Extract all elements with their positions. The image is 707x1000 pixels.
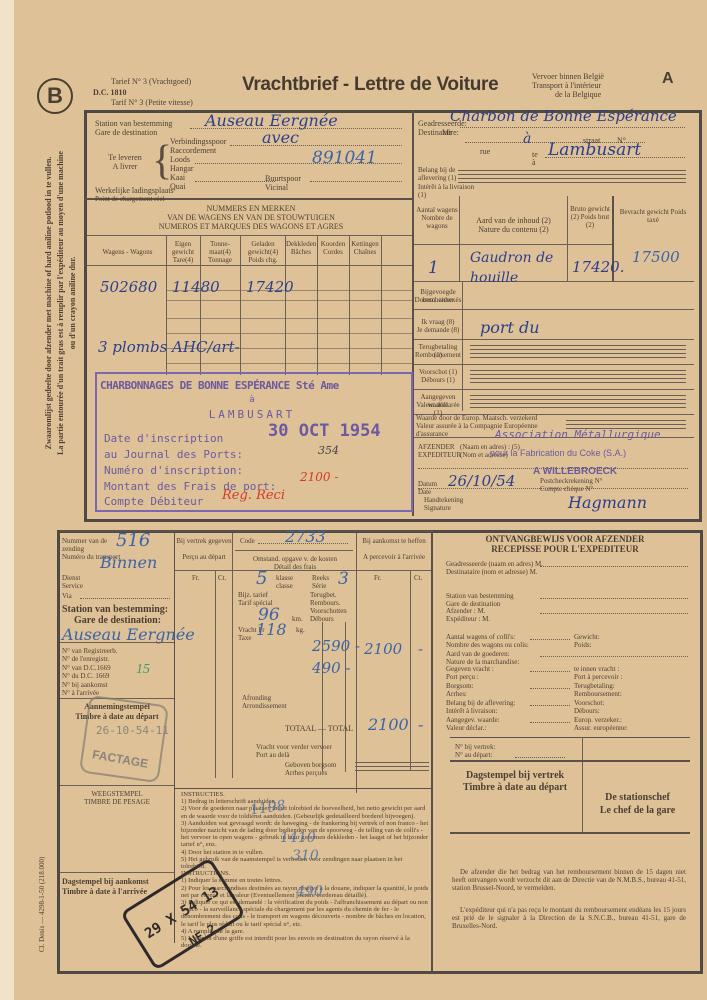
street-fr: rue	[480, 147, 490, 156]
receipt-field-paid-nl: Gegeven vracht :	[446, 665, 494, 673]
wagon-row-line	[166, 333, 412, 334]
struck-field-line	[470, 349, 686, 350]
option-4: Kaai	[170, 173, 185, 182]
handwritten-calc-3: 1410	[280, 830, 316, 846]
further-nl: Vracht voor verder vervoer	[256, 743, 332, 751]
gross-value[interactable]: 17420.	[572, 258, 625, 276]
receipt-number-nl: N° bij vertrek:	[455, 743, 496, 751]
reg-fr: N° de l'enregistr.	[62, 655, 109, 663]
receipt-field-dots	[530, 639, 570, 640]
instruction-item: 1) Bedrag in letterschrift aanduiden.	[181, 798, 429, 805]
siding-value[interactable]: avec	[262, 128, 299, 147]
insurance-nl: Waarde door de Europ. Maatsch. verzekerd	[416, 414, 556, 422]
receipt-field-sender-nl: Afzender : M.	[446, 607, 485, 615]
collect-nl: Bij aankomst te heffen	[357, 537, 431, 545]
detail-nl: Omstand. opgave v. de kosten	[234, 555, 356, 563]
total-label: TOTAAL — TOTAL	[285, 724, 353, 733]
receipt-field-paid-fr: Port perçu :	[446, 673, 479, 681]
port-stamp-line1: CHARBONNAGES DE BONNE ESPÉRANCE Sté Ame	[100, 379, 339, 392]
service-nl: Dienst	[62, 574, 80, 582]
receipt-field-dots	[530, 671, 570, 672]
wagon-loaded[interactable]: 17420	[246, 278, 294, 296]
loading-nl: Werkelijke ladingsplaats	[95, 186, 174, 195]
instruction-item: 2) Voor de goederen naar plaatsen in het…	[181, 805, 429, 819]
service-fr: Service	[62, 582, 83, 590]
rounding-nl: Afronding	[242, 694, 271, 702]
wagon-tare[interactable]: 11480	[172, 278, 220, 296]
wagon-row-line	[166, 300, 412, 301]
gross-label: Bruto gewicht (2) Poids brut (2)	[568, 205, 612, 229]
paper-edge	[0, 0, 14, 1000]
freight-value[interactable]: 118	[256, 620, 287, 639]
deposit-fr: Arrhes perçues	[285, 769, 327, 777]
struck-field-line	[470, 345, 686, 346]
struck-field-line	[470, 403, 686, 404]
count-label: Aantal wagens Nombre de wagons	[416, 206, 458, 230]
col-sheets: Dekkleden Bâches	[286, 240, 316, 256]
station-chief-nl: De stationschef	[585, 792, 690, 803]
receipt-field-refund-nl: Terugbetaling:	[574, 682, 615, 690]
tramway-fr: Vicinal	[265, 183, 288, 192]
receipt-field-interest-nl: Belang bij de aflevering:	[446, 699, 515, 707]
side-note-line1: Zwaaromlijst gedeelte door afzender met …	[44, 88, 53, 518]
dc-value[interactable]: 15	[136, 662, 150, 678]
receipt-field-declared-fr: Valeur déclar.:	[446, 724, 486, 732]
shipment-nl: Nummer van de zending	[62, 537, 122, 553]
nature-value[interactable]: Gaudron de houille	[470, 248, 560, 288]
port-account-value: Reg. Reci	[222, 488, 285, 503]
siding-number[interactable]: 891041	[312, 148, 377, 168]
wagon-number[interactable]: 502680	[100, 278, 157, 296]
arr-stamp-fr: Timbre à date à l'arrivée	[62, 887, 147, 896]
port-amount-value: 2100 -	[300, 470, 338, 484]
weigh-fr: TIMBRE DE PESAGE	[60, 798, 174, 806]
wagons-title-fr: NUMEROS ET MARQUES DES WAGONS ET AGRES	[90, 222, 412, 231]
deliver-fr: A livrer	[95, 162, 155, 171]
receipt-field-dots	[530, 722, 570, 723]
paid-fr-col: Fr.	[192, 574, 200, 582]
sender-signature: Hagmann	[568, 493, 647, 512]
col-chains: Kettingen Chaînes	[350, 240, 380, 256]
right-row-label-fr: Débours (1)	[414, 376, 462, 384]
transport-fr2: de la Belgique	[555, 90, 601, 99]
side-note-line3: ou d'un crayon aniline dur.	[68, 88, 77, 518]
taxed-value[interactable]: 17500	[632, 248, 680, 266]
tramway-nl: Buurtspoor	[265, 174, 301, 183]
receipt-dep-stamp-nl: Dagstempel bij vertrek	[450, 770, 580, 781]
right-row-label-fr: Remboursement	[414, 351, 462, 359]
code-label: Code	[240, 537, 255, 545]
total-ct[interactable]: -	[418, 715, 423, 734]
receipt-field-sender-fr: Expéditeur : M.	[446, 615, 490, 623]
paid-nl: Bij vertrek gegeven	[176, 537, 232, 545]
tariff-line2: Tarif N° 3 (Petite vitesse)	[111, 98, 193, 107]
wagon-row-line	[166, 318, 412, 319]
street-a: à	[523, 131, 531, 147]
wagons-title-nl: NUMMERS EN MERKEN	[90, 204, 412, 213]
nature-label-nl: Aard van de inhoud (2)	[460, 216, 567, 225]
instruction-item: 4) A remplir par la gare.	[181, 928, 429, 935]
option-3: Hangar	[170, 164, 194, 173]
receipt-field-collect-fr: Port à percevoir :	[574, 673, 622, 681]
city-label-fr: à	[532, 158, 536, 167]
km-label: km.	[292, 615, 303, 623]
sender-stamp-2: pour la Fabrication du Coke (S.A.)	[490, 448, 626, 458]
wagon-col-line	[317, 235, 318, 375]
shipment-value[interactable]: 516	[116, 530, 150, 551]
weigh-nl: WEEGSTEMPEL	[60, 790, 174, 798]
right-row-label-nl: Voorschot (1)	[414, 368, 462, 376]
receipt-field-goods-nl: Aard van de goederen:	[446, 650, 510, 658]
port-account-label: Compte Débiteur	[104, 495, 203, 508]
receipt-field-dots	[540, 613, 688, 614]
paid-fr: Perçu au départ	[176, 553, 232, 561]
struck-field-line	[470, 395, 686, 396]
charge-line1[interactable]: 2590 -	[312, 637, 360, 655]
service-value[interactable]: Binnen	[100, 553, 157, 572]
page-title: Vrachtbrief - Lettre de Voiture	[242, 74, 498, 96]
collect-fr-col: Fr.	[374, 574, 382, 582]
handwritten-calc-5: 490	[296, 884, 323, 900]
sender-stamp-1: Association Métallurgique	[495, 428, 661, 441]
receipt-field-weight-fr: Poids:	[574, 641, 592, 649]
paid-ct-col: Ct.	[218, 574, 226, 582]
charge-line2[interactable]: 490 -	[312, 659, 350, 677]
date-label-nl: Datum	[418, 480, 437, 488]
code-value[interactable]: 2733	[285, 527, 326, 546]
receipt-field-count-nl: Aantal wagens of colli's:	[446, 633, 515, 641]
instructions-title-nl: INSTRUCTIES.	[181, 791, 429, 798]
receipt-field-dots	[540, 598, 688, 599]
dep-stamp-date: 26-10-54-11	[96, 724, 169, 737]
station-label-nl: Station van bestemming	[95, 119, 172, 128]
tariff-nl: Bijz. tarief	[238, 591, 268, 599]
handwritten-calc-4: 310	[292, 848, 319, 864]
station-label-fr: Gare de destination	[95, 128, 157, 137]
receipt-field-count-fr: Nombre des wagons ou colis:	[446, 641, 529, 649]
taxed-label: Bevracht gewicht Poids taxé	[616, 208, 690, 224]
struck-field-line	[470, 399, 686, 400]
receipt-field-interest-fr: Intérêt à livraison:	[446, 707, 497, 715]
consignee-label-fr: Destinataire:	[418, 128, 459, 137]
signature-label-nl: Handtekening	[424, 496, 463, 504]
wagon-col-line	[349, 235, 350, 375]
struck-field-line	[470, 374, 686, 375]
departure-stamp	[79, 695, 169, 783]
struck-field-line	[470, 353, 686, 354]
collect-fr: A percevoir à l'arrivée	[357, 553, 431, 561]
instruction-item: 5) L'emploi d'une griffe est interdit po…	[181, 935, 429, 949]
copy-letter: A	[662, 70, 674, 88]
collect-line1-ct[interactable]: -	[418, 640, 423, 658]
struck-field-line	[470, 382, 686, 383]
receipt-field-declared-nl: Aangegev. waarde:	[446, 716, 500, 724]
series-fr: Série	[312, 582, 326, 590]
total-value[interactable]: 2100	[368, 715, 409, 734]
sender-label-fr: EXPEDITEUR	[418, 451, 461, 459]
col-wagon: Wagens - Wagons	[90, 248, 165, 256]
advance-nl: Voorschotten	[310, 607, 347, 615]
station-chief-fr: Le chef de la gare	[585, 805, 690, 816]
right-row-divider	[414, 364, 694, 365]
wagon-col-line	[381, 235, 382, 375]
right-row-divider	[414, 339, 694, 340]
wagon-col-line	[285, 235, 286, 375]
via-label: Via	[62, 592, 72, 600]
struck-field-line	[470, 370, 686, 371]
right-row-value[interactable]: port du	[480, 318, 540, 337]
date-label-fr: Date	[418, 488, 431, 496]
postal-fr: Compte chèque N°	[540, 485, 593, 493]
option-2: Loods	[170, 155, 190, 164]
consignee-mr: Mr	[442, 128, 452, 137]
receipt-field-dots	[530, 688, 570, 689]
port-date-label1: Date d'inscription	[104, 432, 223, 445]
instructions-title-fr: INSTRUCTIONS.	[181, 870, 429, 877]
receipt-title-nl: ONTVANGBEWIJS VOOR AFZENDER	[436, 535, 694, 544]
port-stamp-line2: à	[95, 395, 409, 405]
receipt-title-fr: RECEPISSE POUR L'EXPEDITEUR	[436, 545, 694, 554]
side-note-line2: La partie entourée d'un trait gras est à…	[56, 88, 65, 518]
right-col-line	[462, 281, 463, 411]
nature-label-fr: Nature du contenu (2)	[460, 225, 567, 234]
reg-nl: N° van Registreerb.	[62, 647, 117, 655]
lower-station-nl: Station van bestemming:	[62, 604, 168, 615]
receipt-field-deposit-nl: Borgsom:	[446, 682, 474, 690]
deposit-nl: Geboven borgsom	[285, 761, 336, 769]
postal-label: Postcheckrekening N°	[540, 477, 602, 485]
sender-date[interactable]: 26/10/54	[448, 472, 515, 490]
receipt-note-nl: De afzender die het bedrag van het rembo…	[452, 868, 686, 892]
struck-field-line	[470, 357, 686, 358]
col-ropes: Koorden Cordes	[318, 240, 348, 256]
port-number-value: 354	[318, 444, 339, 457]
receipt-field-deposit-fr: Arrhes:	[446, 690, 467, 698]
receipt-field-dots	[530, 705, 570, 706]
right-row-label-nl: Ik vraag (8)	[414, 318, 462, 326]
receipt-field-dots	[540, 656, 688, 657]
freight-fr: Taxe	[238, 634, 252, 642]
sender-label-nl: AFZENDER	[418, 443, 455, 451]
signature-label-fr: Signature	[424, 504, 451, 512]
consignee-name[interactable]: Charbon de Bonne Espérance	[450, 107, 677, 125]
deliver-nl: Te leveren	[95, 153, 155, 162]
option-0: Verbindingsspoor	[170, 137, 226, 146]
rounding-fr: Arrondissement	[242, 702, 287, 710]
port-number-label: Numéro d'inscription:	[104, 464, 243, 477]
series-value[interactable]: 3	[338, 569, 349, 589]
collect-ct-col: Ct.	[414, 574, 422, 582]
collect-line1[interactable]: 2100	[364, 640, 402, 658]
right-row-label-fr: Je demande (8)	[414, 326, 462, 334]
seals-note[interactable]: 3 plombs AHC/art-	[98, 338, 240, 356]
arr-stamp-nl: Dagstempel bij aankomst	[62, 877, 149, 886]
receipt-field-dots	[540, 566, 688, 567]
receipt-field-weight-nl: Gewicht:	[574, 633, 600, 641]
receipt-field-collect-nl: te innen vracht :	[574, 665, 619, 673]
port-stamp-line3: LAMBUSART	[95, 408, 409, 421]
receipt-field-refund-fr: Remboursement:	[574, 690, 622, 698]
refund-fr: Rembours.	[310, 599, 341, 607]
receipt-field-advance-fr: Débours:	[574, 707, 600, 715]
instructions: INSTRUCTIES. 1) Bedrag in letterschrift …	[181, 791, 429, 949]
tariff-line1: Tarief N° 3 (Vrachtgoed)	[111, 77, 191, 86]
receipt-dep-stamp-fr: Timbre à date au départ	[450, 782, 580, 793]
struck-field-line	[470, 378, 686, 379]
col-loaded: Geladen gewicht(4) Poids chg.	[242, 240, 284, 264]
transport-fr: Transport à l'intérieur	[532, 81, 601, 90]
wagon-row-line	[166, 363, 412, 364]
port-date-label2: au Journal des Ports:	[104, 448, 243, 461]
class-nl: klasse	[276, 574, 293, 582]
city-value[interactable]: Lambusart	[548, 140, 641, 160]
wagons-title-nl2: VAN DE WAGENS EN VAN DE STOUWTUIGEN	[90, 213, 412, 222]
wagon-col-line	[240, 235, 241, 375]
receipt-field-consignee-fr: Destinataire (nom et adresse) M.	[446, 568, 538, 576]
series-nl: Reeks	[312, 574, 329, 582]
transport-nl: Vervoer binnen België	[532, 72, 604, 81]
receipt-field-insurance-nl: Europ. verzeker.:	[574, 716, 622, 724]
right-row-divider	[414, 389, 694, 390]
count-value[interactable]: 1	[428, 258, 439, 278]
form-code: D.C. 1810	[93, 88, 127, 97]
kg-label: kg.	[296, 626, 305, 634]
refund-nl: Terugbet.	[310, 591, 337, 599]
receipt-field-station-nl: Station van bestemming	[446, 592, 514, 600]
interest-fr: Intérêt à la livraison (1)	[418, 183, 478, 199]
col-tare: Eigen gewicht Tare(4)	[168, 240, 198, 264]
right-row-label-fr: Docum. annexés	[414, 296, 462, 304]
further-fr: Port au delà	[256, 751, 289, 759]
printer-note: Cl. Denis — 4298-1-50 (218.000)	[38, 802, 46, 952]
dc-nl: N° van D.C.1669	[62, 664, 111, 672]
arrival-nl: N° bij aankomst	[62, 681, 108, 689]
class-fr: classe	[276, 582, 293, 590]
port-date-value: 30 OCT 1954	[268, 421, 381, 441]
receipt-note-fr: L'expéditeur qui n'a pas reçu le montant…	[452, 906, 686, 930]
class-value[interactable]: 5	[256, 568, 267, 589]
receipt-field-insurance-fr: Assur. européenne:	[574, 724, 628, 732]
col-tonnage: Tonne-maat(4) Tonnage	[201, 240, 239, 264]
loading-fr: Point de chargement réel	[95, 195, 165, 204]
receipt-field-consignee-nl: Geadresseerde (naam en adres) M.	[446, 560, 543, 568]
receipt-number-fr: N° au départ:	[455, 751, 492, 759]
instruction-item: 3) Indiquer ce qui est demandé : la véri…	[181, 899, 429, 928]
right-row-divider	[414, 309, 694, 310]
option-1: Raccordement	[170, 146, 216, 155]
receipt-field-advance-nl: Voorschot:	[574, 699, 604, 707]
struck-field-line	[470, 407, 686, 408]
dc-fr: N° du D.C. 1669	[62, 672, 109, 680]
